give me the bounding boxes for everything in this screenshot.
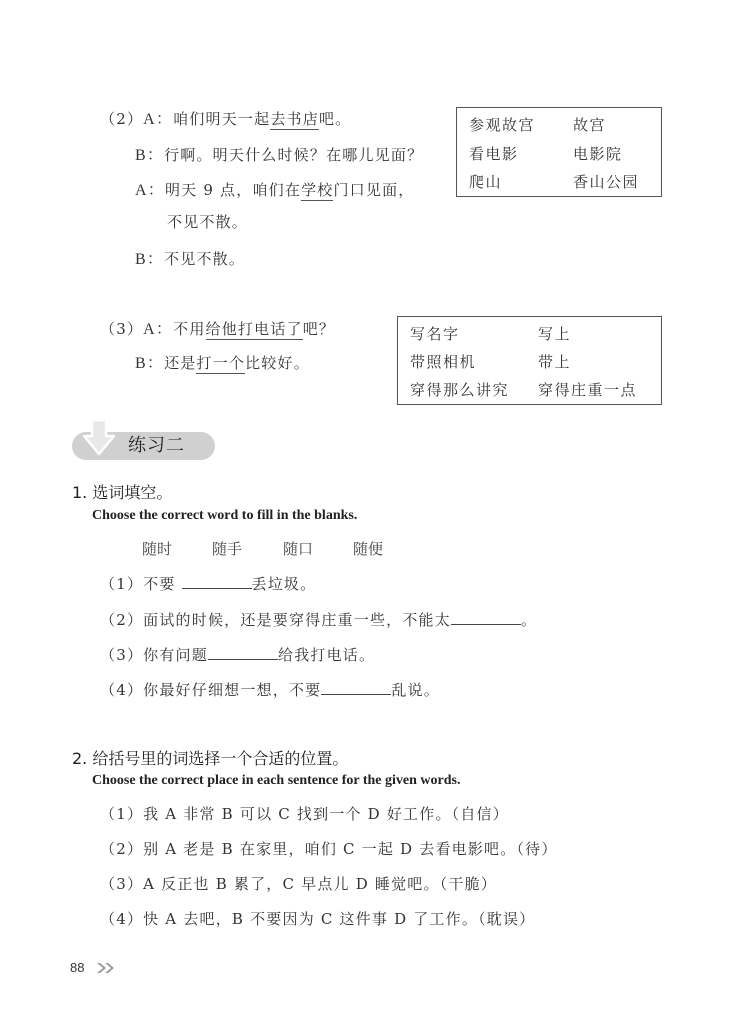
word-option: 随手	[212, 538, 242, 559]
item-number: （3）	[100, 320, 143, 338]
speaker: A：	[143, 321, 173, 338]
text: 行啊。明天什么时候？在哪儿见面？	[164, 146, 423, 164]
box-cell: 带照相机	[410, 351, 476, 372]
text: 你有问题	[143, 646, 208, 664]
box-cell: 参观故宫	[469, 114, 535, 135]
placement-item: （3）A 反正也 B 累了，C 早点儿 D 睡觉吧。（干脆）	[100, 873, 497, 894]
speaker: B：	[135, 355, 164, 372]
speaker: B：	[135, 251, 164, 268]
underlined-phrase: 打一个	[196, 354, 245, 374]
placement-item: （1）我 A 非常 B 可以 C 找到一个 D 好工作。（自信）	[100, 803, 509, 824]
dialogue-line: （2）A：咱们明天一起去书店吧。	[100, 106, 351, 129]
box-cell: 看电影	[469, 143, 519, 164]
text: 不见不散。	[164, 250, 245, 268]
underlined-phrase: 给他打电话了	[206, 320, 303, 340]
box-cell: 电影院	[573, 143, 623, 164]
text: 门口见面，	[333, 181, 414, 199]
box-cell: 故宫	[573, 114, 606, 135]
text: 吧？	[303, 320, 335, 338]
text: 你最好仔细想一想，不要	[143, 681, 321, 699]
box-cell: 穿得那么讲究	[410, 379, 509, 400]
substitution-box: 写名字 写上 带照相机 带上 穿得那么讲究 穿得庄重一点	[397, 316, 662, 405]
text: 还是	[164, 354, 196, 372]
dialogue-line: （3）A：不用给他打电话了吧？	[100, 316, 335, 339]
question-1-english: Choose the correct word to fill in the b…	[92, 508, 357, 524]
down-arrow-icon	[82, 418, 116, 458]
answer-blank[interactable]	[182, 574, 252, 589]
box-cell: 写名字	[410, 323, 460, 344]
speaker: B：	[135, 147, 164, 164]
question-2-title: 2. 给括号里的词选择一个合适的位置。	[72, 746, 348, 769]
answer-blank[interactable]	[321, 680, 391, 695]
underlined-phrase: 学校	[301, 181, 333, 201]
text: 明天 9 点，咱们在	[165, 181, 301, 199]
substitution-box: 参观故宫 故宫 看电影 电影院 爬山 香山公园	[456, 107, 662, 197]
text: 。	[521, 611, 537, 629]
word-option: 随时	[142, 538, 172, 559]
box-cell: 带上	[538, 351, 571, 372]
box-cell: 穿得庄重一点	[538, 379, 637, 400]
text: 不见不散。	[167, 213, 248, 231]
section-title: 练习二	[128, 432, 185, 460]
item-number: （1）	[100, 575, 143, 593]
question-2-english: Choose the correct place in each sentenc…	[92, 773, 460, 789]
answer-blank[interactable]	[208, 645, 278, 660]
speaker: A：	[135, 182, 165, 199]
dialogue-line: B：行啊。明天什么时候？在哪儿见面？	[135, 142, 423, 165]
box-cell: 写上	[538, 323, 571, 344]
item-number: （3）	[100, 646, 143, 664]
text: 面试的时候，还是要穿得庄重一些，不能太	[143, 611, 451, 629]
box-cell: 爬山	[469, 171, 502, 192]
page-number: 88	[70, 960, 84, 975]
text: 咱们明天一起	[173, 110, 270, 128]
word-option: 随便	[353, 538, 383, 559]
text: 给我打电话。	[278, 646, 375, 664]
item-number: （4）	[100, 681, 143, 699]
fill-blank-item: （1）不要 丢垃圾。	[100, 573, 316, 594]
placement-item: （2）别 A 老是 B 在家里，咱们 C 一起 D 去看电影吧。（待）	[100, 838, 558, 859]
fill-blank-item: （2）面试的时候，还是要穿得庄重一些，不能太。	[100, 609, 537, 630]
box-cell: 香山公园	[573, 171, 639, 192]
dialogue-line: B：不见不散。	[135, 246, 245, 269]
dialogue-line: B：还是打一个比较好。	[135, 350, 310, 373]
text: 不要	[143, 575, 181, 593]
question-1-title: 1. 选词填空。	[72, 480, 172, 503]
dialogue-line: 不见不散。	[167, 211, 248, 232]
underlined-phrase: 去书店	[270, 110, 319, 130]
word-option: 随口	[283, 538, 313, 559]
text: 吧。	[319, 110, 351, 128]
item-number: （2）	[100, 110, 143, 128]
fill-blank-item: （3）你有问题给我打电话。	[100, 644, 375, 665]
fill-blank-item: （4）你最好仔细想一想，不要乱说。	[100, 679, 440, 700]
text: 丢垃圾。	[252, 575, 317, 593]
dialogue-line: A：明天 9 点，咱们在学校门口见面，	[135, 177, 414, 200]
text: 比较好。	[245, 354, 310, 372]
item-number: （2）	[100, 611, 143, 629]
text: 乱说。	[391, 681, 440, 699]
answer-blank[interactable]	[451, 610, 521, 625]
speaker: A：	[143, 111, 173, 128]
double-chevron-icon	[96, 962, 116, 974]
placement-item: （4）快 A 去吧，B 不要因为 C 这件事 D 了工作。（耽误）	[100, 908, 535, 929]
text: 不用	[173, 320, 205, 338]
